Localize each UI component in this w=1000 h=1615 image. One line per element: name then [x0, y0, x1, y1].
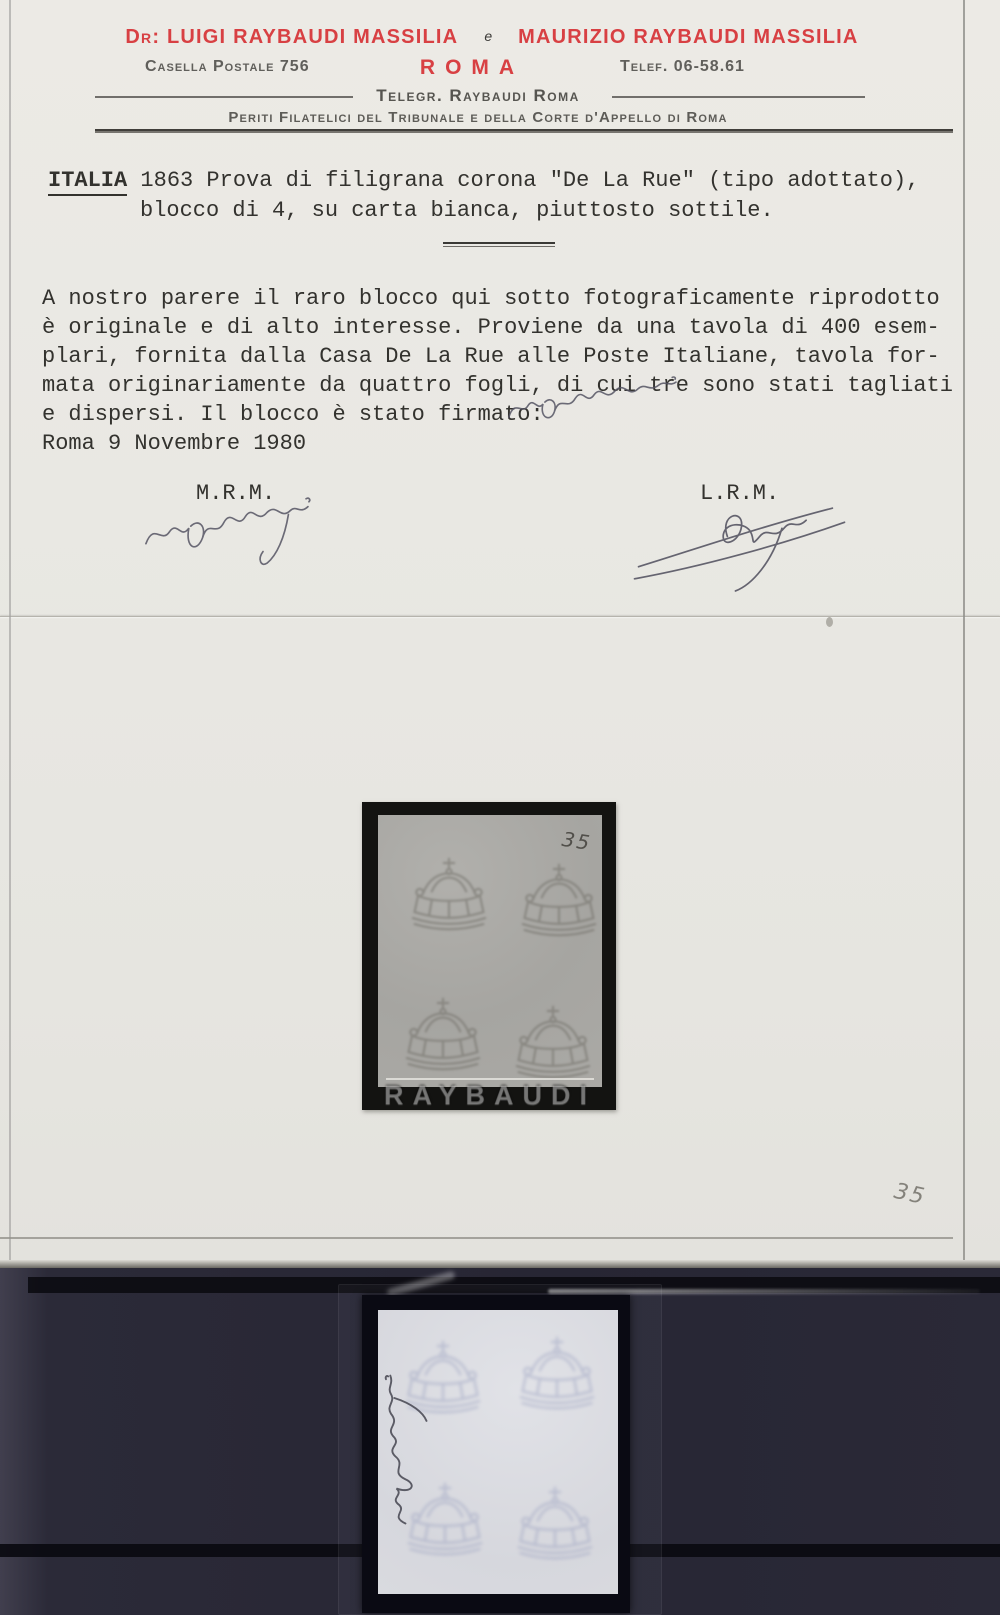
paper-right-edge-line: [963, 0, 965, 1260]
watermark-photo: 35: [378, 815, 602, 1087]
letterhead-city: ROMA: [0, 56, 972, 80]
watermark-photo-frame: 35: [362, 802, 616, 1110]
letterhead-contact-row: Casella Postale 756 ROMA Telef. 06-58.61: [0, 56, 1000, 80]
telegraph-right-rule: [612, 96, 865, 98]
opinion-line: plari, fornita dalla Casa De La Rue alle…: [42, 342, 953, 371]
paper-blemish: [826, 617, 833, 627]
opinion-line: A nostro parere il raro blocco qui sotto…: [42, 284, 953, 313]
subject-line-2: blocco di 4, su carta bianca, piuttosto …: [140, 198, 774, 223]
subject-text: 1863 Prova di filigrana corona "De La Ru…: [127, 168, 919, 193]
crown-watermark-icon: [512, 1484, 598, 1562]
letterhead-partner-name: MAURIZIO RAYBAUDI MASSILIA: [518, 26, 858, 49]
subject-line-1: ITALIA 1863 Prova di filigrana corona "D…: [48, 168, 919, 193]
date-line: Roma 9 Novembre 1980: [42, 429, 953, 458]
stamp-block: [378, 1310, 618, 1594]
black-mount-card: [362, 1295, 630, 1613]
letterhead: Dr: LUIGI RAYBAUDI MASSILIA e MAURIZIO R…: [0, 26, 992, 49]
paper-left-edge-line: [9, 0, 11, 1260]
letterhead-phone: Telef. 06-58.61: [620, 58, 745, 76]
opinion-line: è originale e di alto interesse. Provien…: [42, 313, 953, 342]
letterhead-conjunction: e: [484, 28, 492, 44]
crown-watermark-icon: [406, 855, 492, 933]
photo-pencil-number: 35: [560, 827, 593, 855]
certificate-page: Dr: LUIGI RAYBAUDI MASSILIA e MAURIZIO R…: [0, 0, 1000, 1268]
section-divider: [443, 242, 555, 247]
crown-watermark-icon: [510, 1003, 596, 1081]
country-label: ITALIA: [48, 168, 127, 196]
embossed-raybaudi-seal: RAYBAUDI: [380, 1080, 600, 1111]
letterhead-divider-rule: [95, 129, 953, 133]
opinion-paragraph: A nostro parere il raro blocco qui sotto…: [42, 284, 953, 458]
opinion-line: e dispersi. Il blocco è stato firmato:: [42, 400, 953, 429]
crown-watermark-icon: [514, 1334, 600, 1412]
inline-expert-signature: [505, 374, 695, 434]
letterhead-doctor-name: Dr: LUIGI RAYBAUDI MASSILIA: [125, 26, 458, 49]
signature-lrm: [630, 492, 848, 598]
paper-fold-crease: [0, 616, 1000, 617]
letterhead-telegraph-row: Telegr. Raybaudi Roma: [0, 86, 1000, 106]
crown-watermark-icon: [516, 861, 602, 939]
signature-mrm: [142, 492, 347, 572]
crown-watermark-icon: [400, 995, 486, 1073]
paper-bottom-shadow: [0, 1260, 1000, 1268]
opinion-line: mata originariamente da quattro fogli, d…: [42, 371, 953, 400]
letterhead-credentials: Periti Filatelici del Tribunale e della …: [0, 109, 978, 126]
stock-card: [0, 1268, 1000, 1615]
paper-bottom-frame-line: [0, 1237, 953, 1239]
page-pencil-number: 35: [892, 1179, 928, 1210]
